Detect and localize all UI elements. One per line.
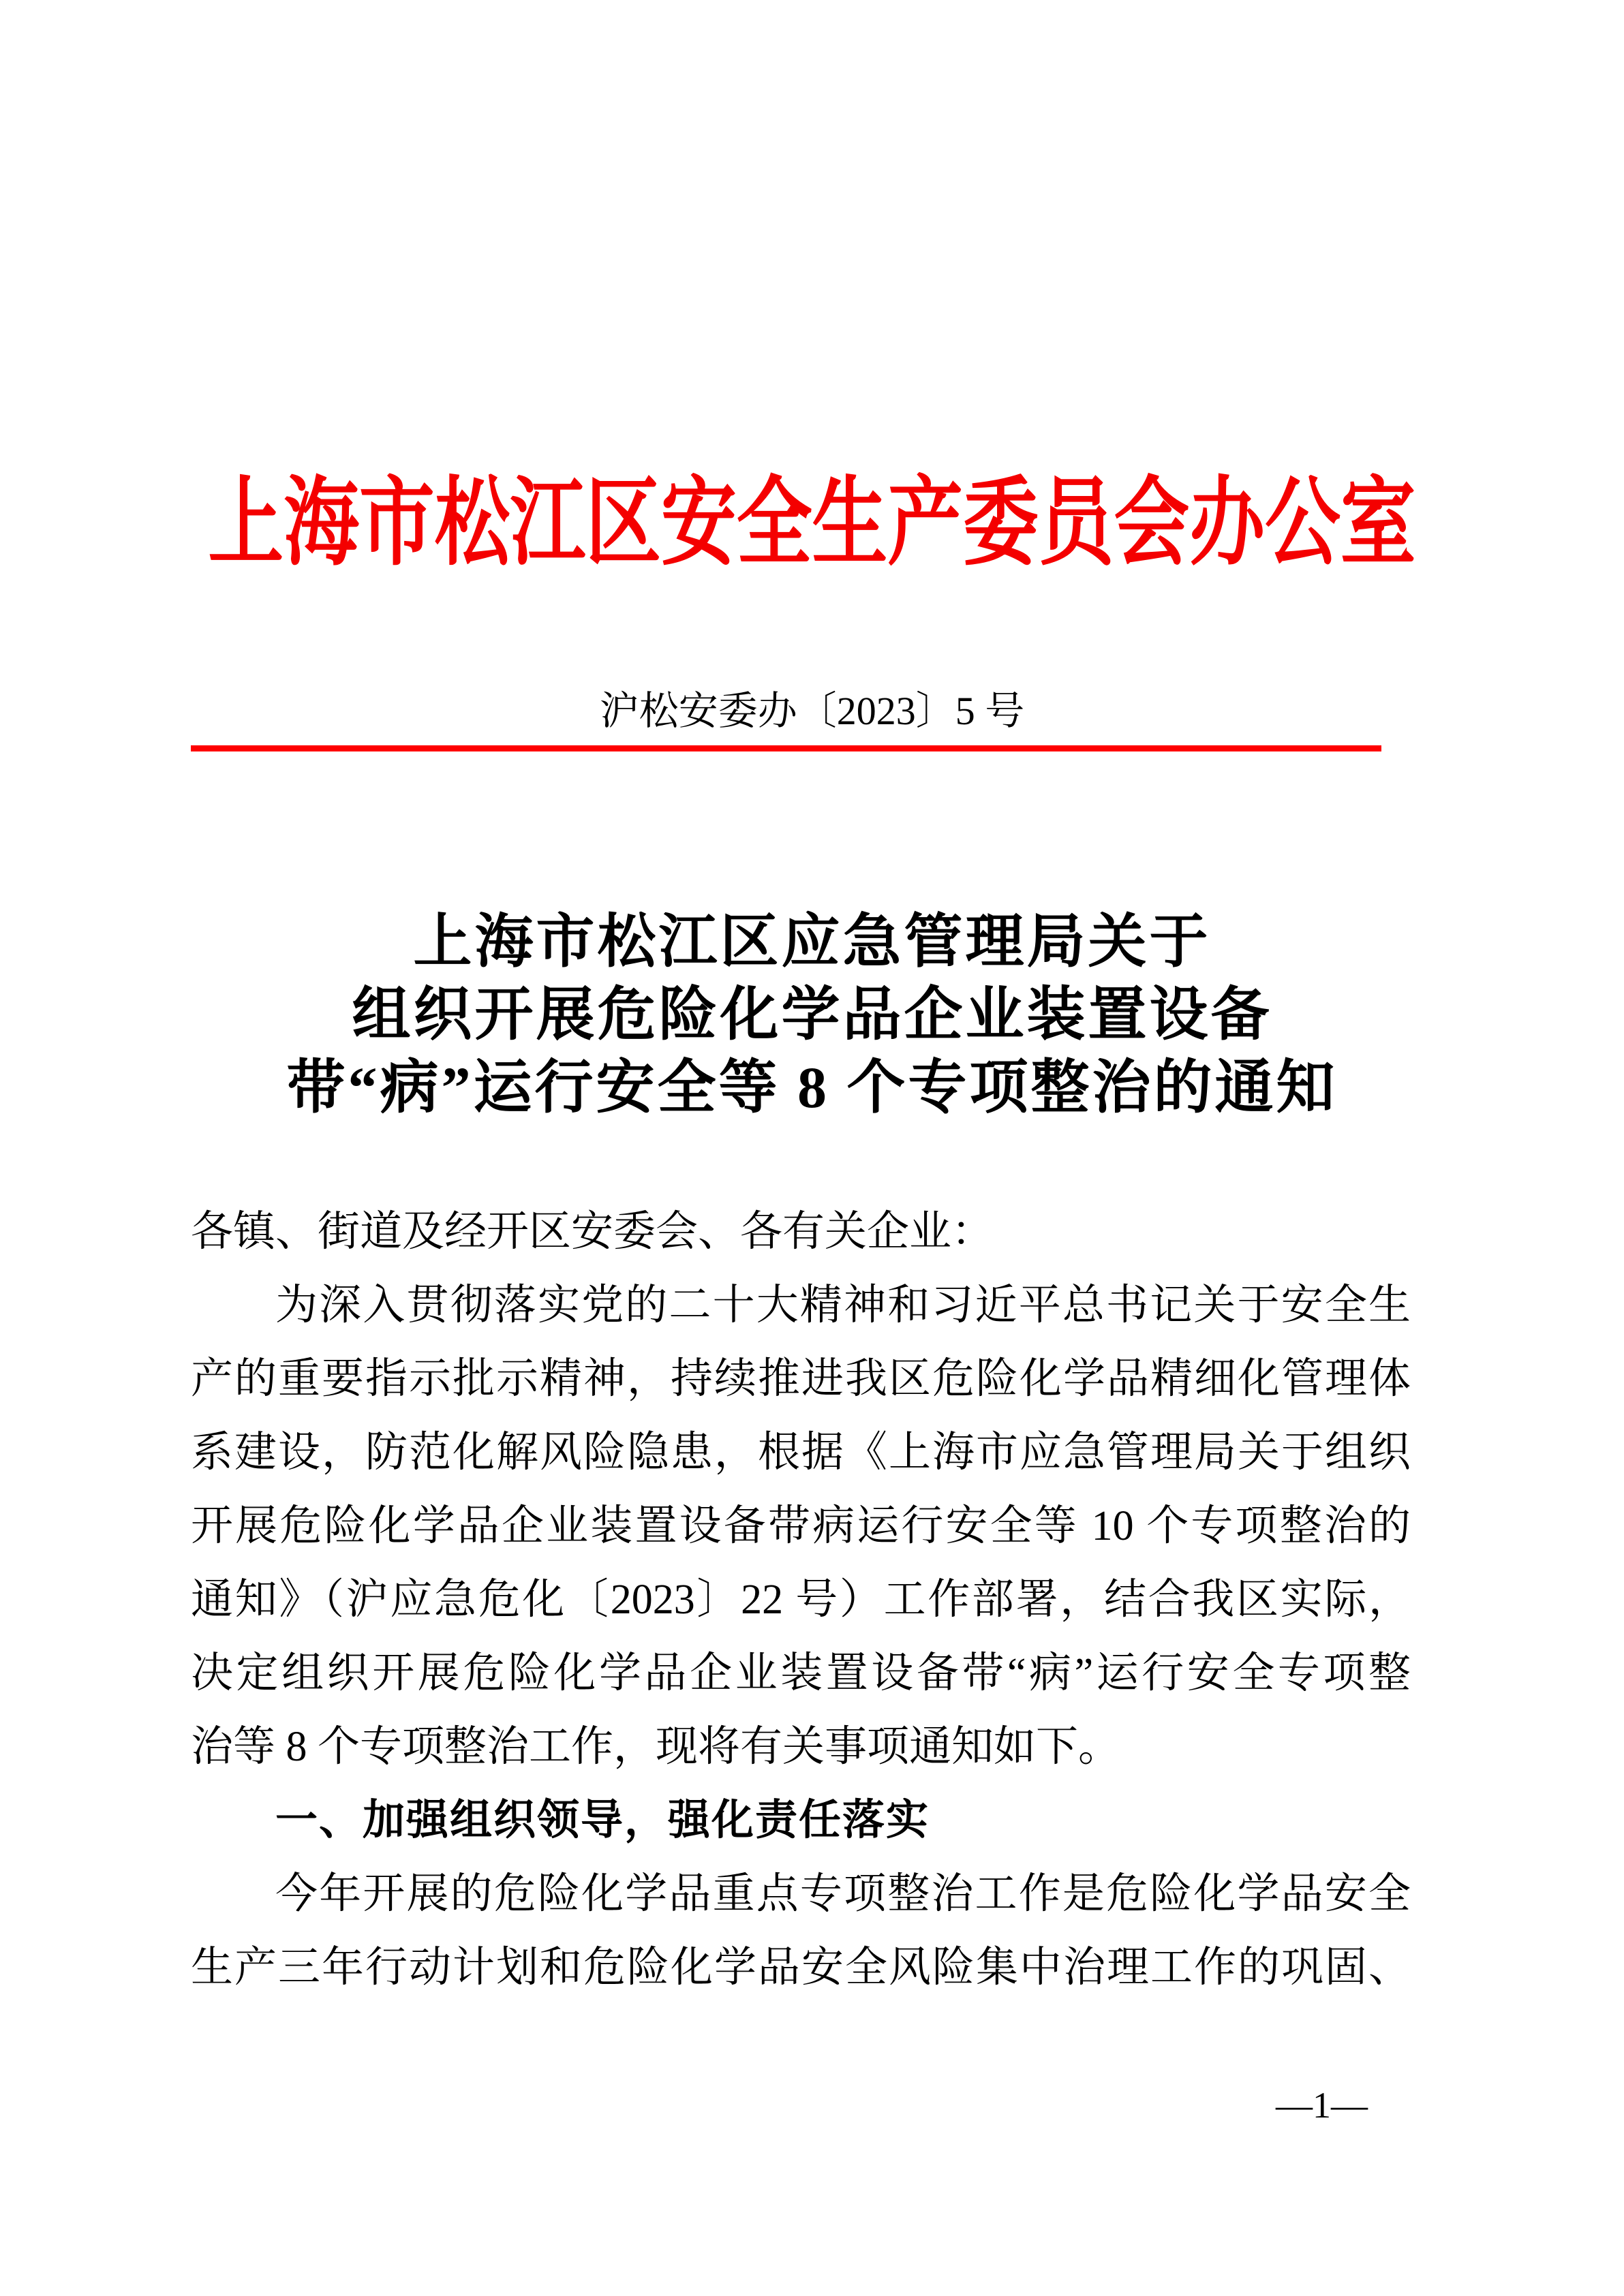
body-line: 治等 8 个专项整治工作，现将有关事项通知如下。 bbox=[191, 1710, 1411, 1784]
body-line: 通知》（沪应急危化〔2023〕22 号）工作部署，结合我区实际， bbox=[191, 1563, 1411, 1636]
body-line: 系建设，防范化解风险隐患，根据《上海市应急管理局关于组织 bbox=[191, 1416, 1411, 1489]
page-number: —1— bbox=[1276, 2085, 1368, 2126]
body-line: 开展危险化学品企业装置设备带病运行安全等 10 个专项整治的 bbox=[191, 1489, 1411, 1563]
body-line: 决定组织开展危险化学品企业装置设备带“病”运行安全专项整 bbox=[191, 1636, 1411, 1710]
salutation-line: 各镇、街道及经开区安委会、各有关企业： bbox=[191, 1195, 1411, 1269]
body-line: 今年开展的危险化学品重点专项整治工作是危险化学品安全 bbox=[191, 1857, 1411, 1931]
doc-title: 上海市松江区应急管理局关于 组织开展危险化学品企业装置设备 带“病”运行安全等 … bbox=[0, 905, 1624, 1124]
doc-title-line-3: 带“病”运行安全等 8 个专项整治的通知 bbox=[0, 1051, 1624, 1124]
body-line: 为深入贯彻落实党的二十大精神和习近平总书记关于安全生 bbox=[191, 1269, 1411, 1342]
official-document-page: 上海市松江区安全生产委员会办公室 沪松安委办〔2023〕5 号 上海市松江区应急… bbox=[0, 0, 1624, 2296]
red-separator-line bbox=[191, 745, 1381, 751]
doc-title-line-1: 上海市松江区应急管理局关于 bbox=[0, 905, 1624, 978]
body-line: 生产三年行动计划和危险化学品安全风险集中治理工作的巩固、 bbox=[191, 1931, 1411, 2004]
doc-number: 沪松安委办〔2023〕5 号 bbox=[0, 687, 1624, 736]
section-heading: 一、加强组织领导，强化责任落实 bbox=[191, 1784, 1411, 1857]
doc-title-line-2: 组织开展危险化学品企业装置设备 bbox=[0, 978, 1624, 1051]
body-line: 产的重要指示批示精神，持续推进我区危险化学品精细化管理体 bbox=[191, 1342, 1411, 1416]
document-body: 各镇、街道及经开区安委会、各有关企业： 为深入贯彻落实党的二十大精神和习近平总书… bbox=[191, 1195, 1411, 2004]
letterhead-org-title: 上海市松江区安全生产委员会办公室 bbox=[179, 471, 1445, 575]
